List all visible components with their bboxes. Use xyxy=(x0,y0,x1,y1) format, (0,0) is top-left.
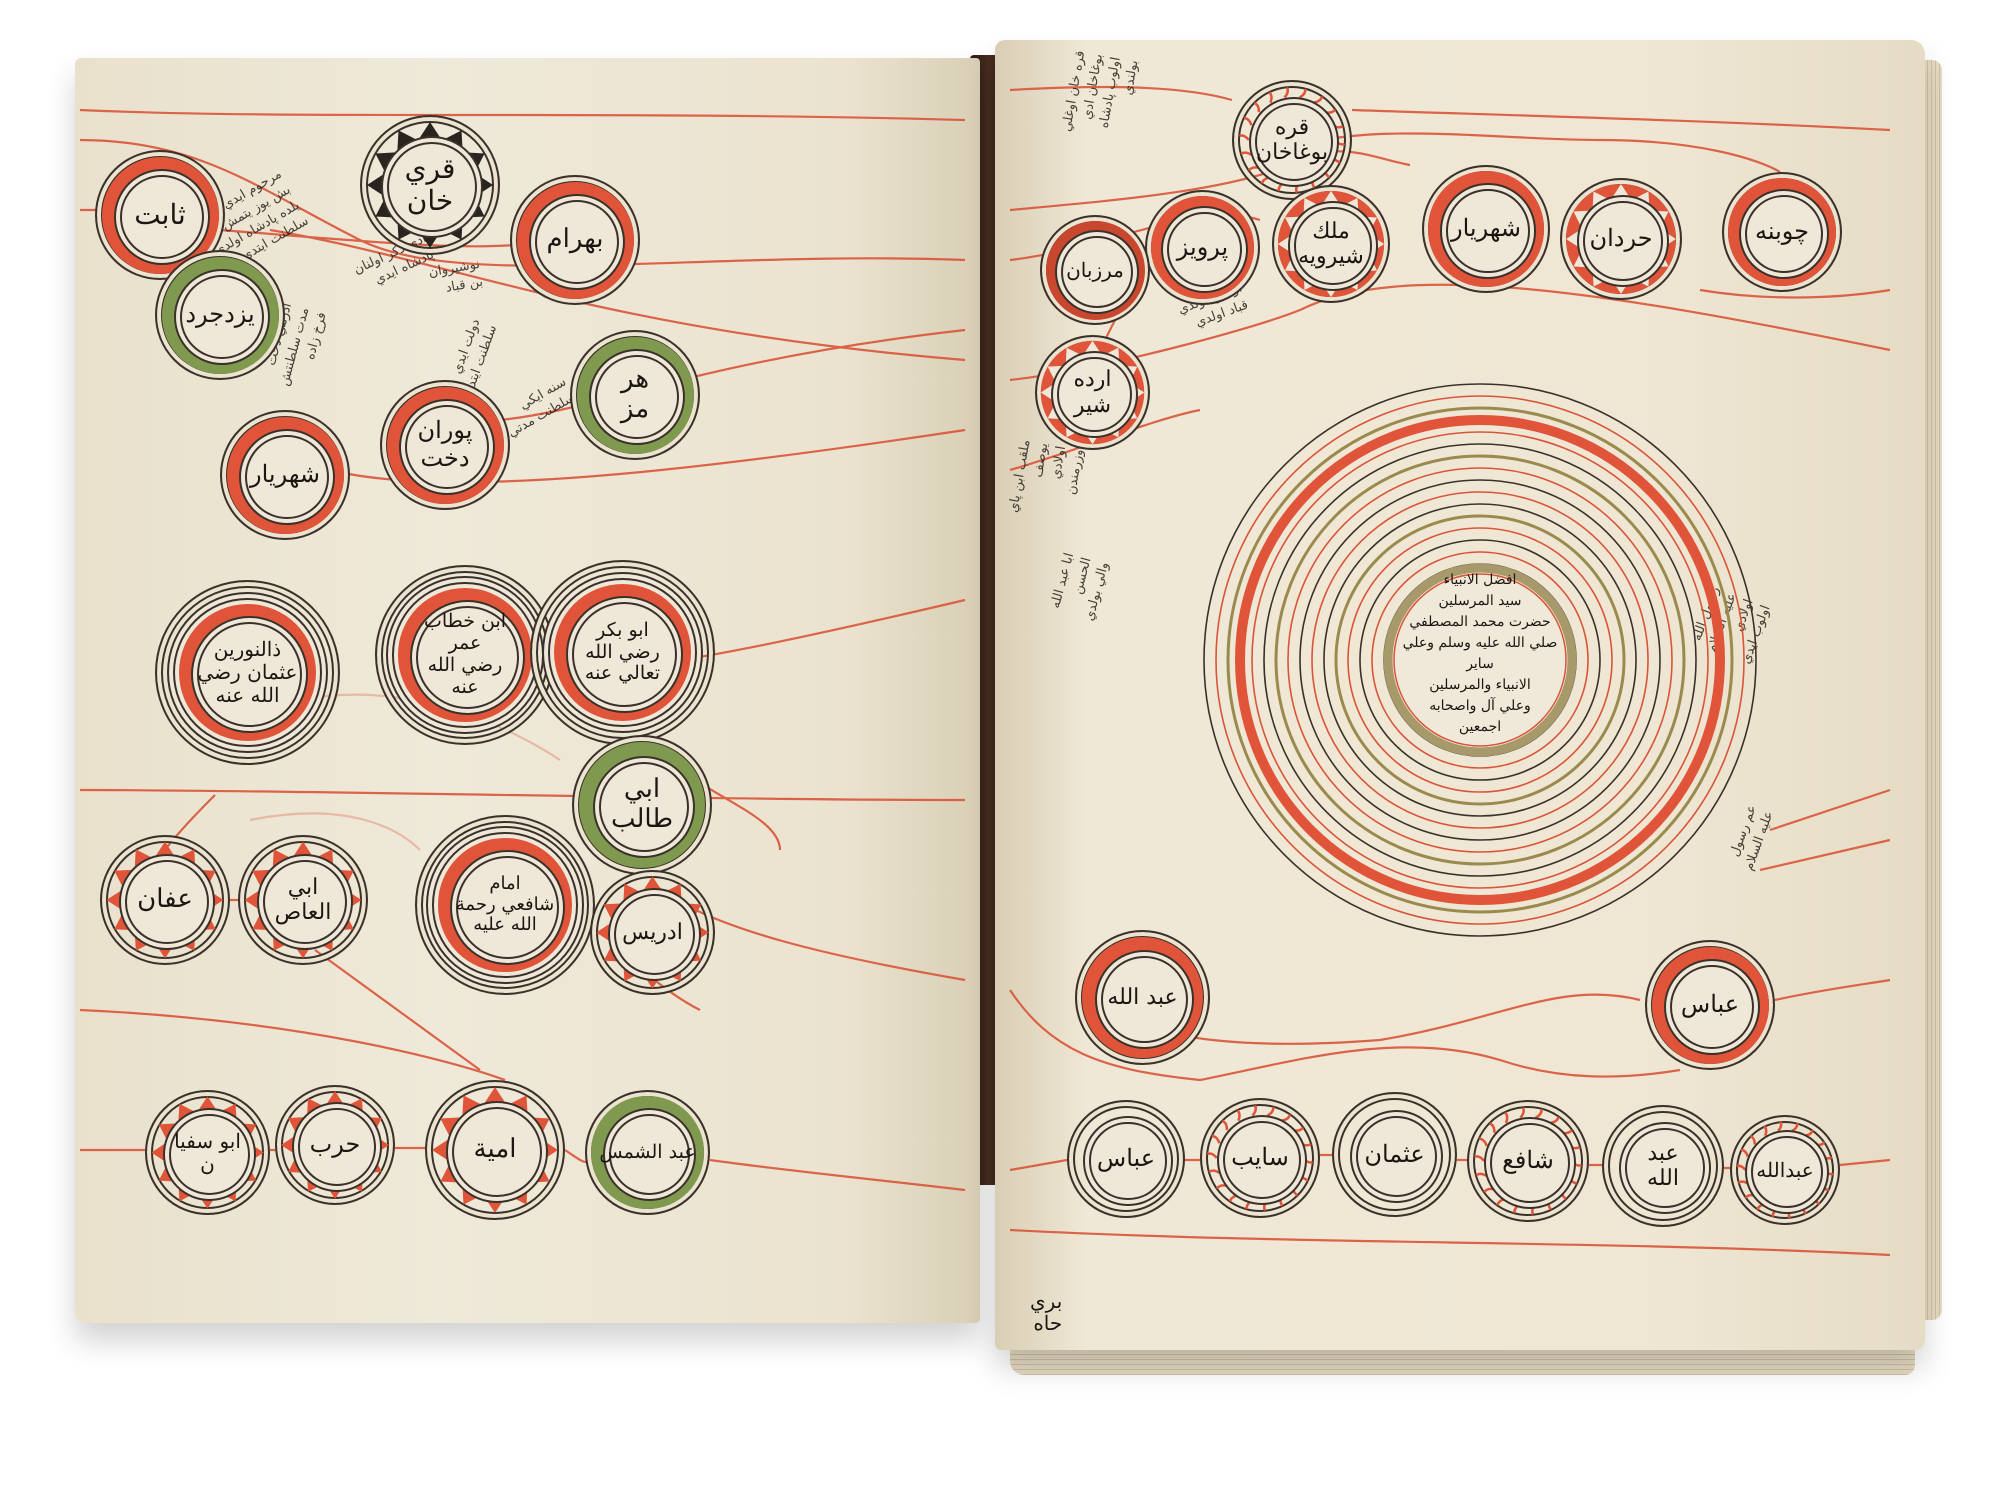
medallion-name: عفان xyxy=(137,885,193,915)
medallion-idris: ادريس xyxy=(590,870,715,995)
medallion-name: ابو سفيا ن xyxy=(174,1130,241,1176)
medallion-abd-shams: عبد الشمس xyxy=(585,1090,710,1215)
medallion-qari-khan: قري خان xyxy=(360,115,500,255)
medallion-name: عبد الله xyxy=(1107,985,1177,1010)
medallion-abdullah-big: عبد الله xyxy=(1075,930,1210,1065)
medallion-abbas-small: عباس xyxy=(1067,1100,1185,1218)
medallion-name: هر مز xyxy=(621,365,649,425)
medallion-name: ملك شيرويه xyxy=(1298,219,1364,270)
medallion-abu-bakr: ابو بكر رضي الله تعالي عنه xyxy=(530,560,715,745)
medallion-umar: ابن خطاب عمر رضي الله عنه xyxy=(375,565,555,745)
medallion-umayya: امية xyxy=(425,1080,565,1220)
medallion-name: قري خان xyxy=(405,153,456,217)
medallion-uthman-small: عثمان xyxy=(1332,1092,1457,1217)
medallion-shahriyar-left: شهريار xyxy=(220,410,350,540)
signature-note: بري حاه xyxy=(1030,1290,1062,1334)
medallion-abd-allah-small: عبد الله xyxy=(1602,1105,1724,1227)
medallion-name: ثابت xyxy=(134,199,186,231)
medallion-name: قره بوغاخان xyxy=(1256,115,1328,166)
medallion-name: ابي العاص xyxy=(275,875,332,926)
medallion-name: حرب xyxy=(310,1131,361,1159)
medallion-harb: حرب xyxy=(275,1085,395,1205)
medallion-chupina: چوبنه xyxy=(1722,172,1842,292)
medallion-marzuban: مرزبان xyxy=(1040,215,1150,325)
marginal-note: قره خان اوغلي بوغاخان ادي اولوب پادشاه ب… xyxy=(1058,49,1143,142)
medallion-name: شهريار xyxy=(1451,215,1521,243)
medallion-name: عبد الشمس xyxy=(599,1142,695,1164)
medallion-name: حردان xyxy=(1589,225,1652,253)
medallion-abbas-big: عباس xyxy=(1645,940,1775,1070)
medallion-malik-shiruya: ملك شيرويه xyxy=(1272,185,1390,303)
medallion-name: عبدالله xyxy=(1756,1159,1813,1182)
medallion-name: پرويز xyxy=(1177,234,1228,262)
medallion-shafi: شافع xyxy=(1467,1100,1589,1222)
medallion-name: عباس xyxy=(1681,991,1739,1019)
medallion-affan: عفان xyxy=(100,835,230,965)
medallion-name: ذالنورين عثمان رضي الله عنه xyxy=(198,638,298,707)
marginal-note: ملقب ابن پاي يوصف اولادي وزرمندن xyxy=(1005,438,1089,523)
medallion-abdullah-small: عبدالله xyxy=(1730,1115,1840,1225)
medallion-parviz: پرويز xyxy=(1145,190,1260,305)
medallion-name: پوران دخت xyxy=(418,417,473,472)
medallion-name: سايب xyxy=(1231,1144,1289,1172)
medallion-yazdegerd: يزدجرد xyxy=(155,250,285,380)
medallion-bahram: بهرام xyxy=(510,175,640,305)
medallion-name: شافع xyxy=(1502,1147,1554,1175)
central-medallion-text: افضل الانبياء سيد المرسلين حضرت محمد الم… xyxy=(1390,570,1570,738)
medallion-name: عثمان xyxy=(1364,1141,1424,1169)
medallion-name: شهريار xyxy=(250,461,320,489)
medallion-abu-sufyan: ابو سفيا ن xyxy=(145,1090,270,1215)
medallion-name: ابو بكر رضي الله تعالي عنه xyxy=(585,620,660,686)
medallion-hurdan: حردان xyxy=(1560,178,1682,300)
medallion-name: ارده شير xyxy=(1073,367,1111,418)
medallion-name: عباس xyxy=(1097,1145,1155,1173)
medallion-name: ابي طالب xyxy=(611,775,673,835)
medallion-qara-bughakhan: قره بوغاخان xyxy=(1232,80,1352,200)
medallion-name: چوبنه xyxy=(1755,218,1809,246)
medallion-name: امية xyxy=(474,1135,517,1165)
medallion-ardashir: ارده شير xyxy=(1035,335,1150,450)
medallion-hurmuz: هر مز xyxy=(570,330,700,460)
medallion-abi-al-as: ابي العاص xyxy=(238,835,368,965)
medallion-name: امام شافعي رحمة الله عليه xyxy=(456,874,554,936)
medallion-abi-talib: ابي طالب xyxy=(572,735,712,875)
medallion-shahriyar-right: شهريار xyxy=(1422,165,1550,293)
medallion-name: بهرام xyxy=(547,225,604,255)
medallion-imam-shafii: امام شافعي رحمة الله عليه xyxy=(415,815,595,995)
medallion-uthman: ذالنورين عثمان رضي الله عنه xyxy=(155,580,340,765)
medallion-name: عبد الله xyxy=(1647,1141,1679,1192)
medallion-sayib: سايب xyxy=(1200,1098,1320,1218)
medallion-name: يزدجرد xyxy=(185,301,254,329)
medallion-puran-dukht: پوران دخت xyxy=(380,380,510,510)
medallion-name: ادريس xyxy=(622,920,683,945)
medallion-name: ابن خطاب عمر رضي الله عنه xyxy=(424,611,506,698)
medallion-name: مرزبان xyxy=(1066,259,1124,282)
